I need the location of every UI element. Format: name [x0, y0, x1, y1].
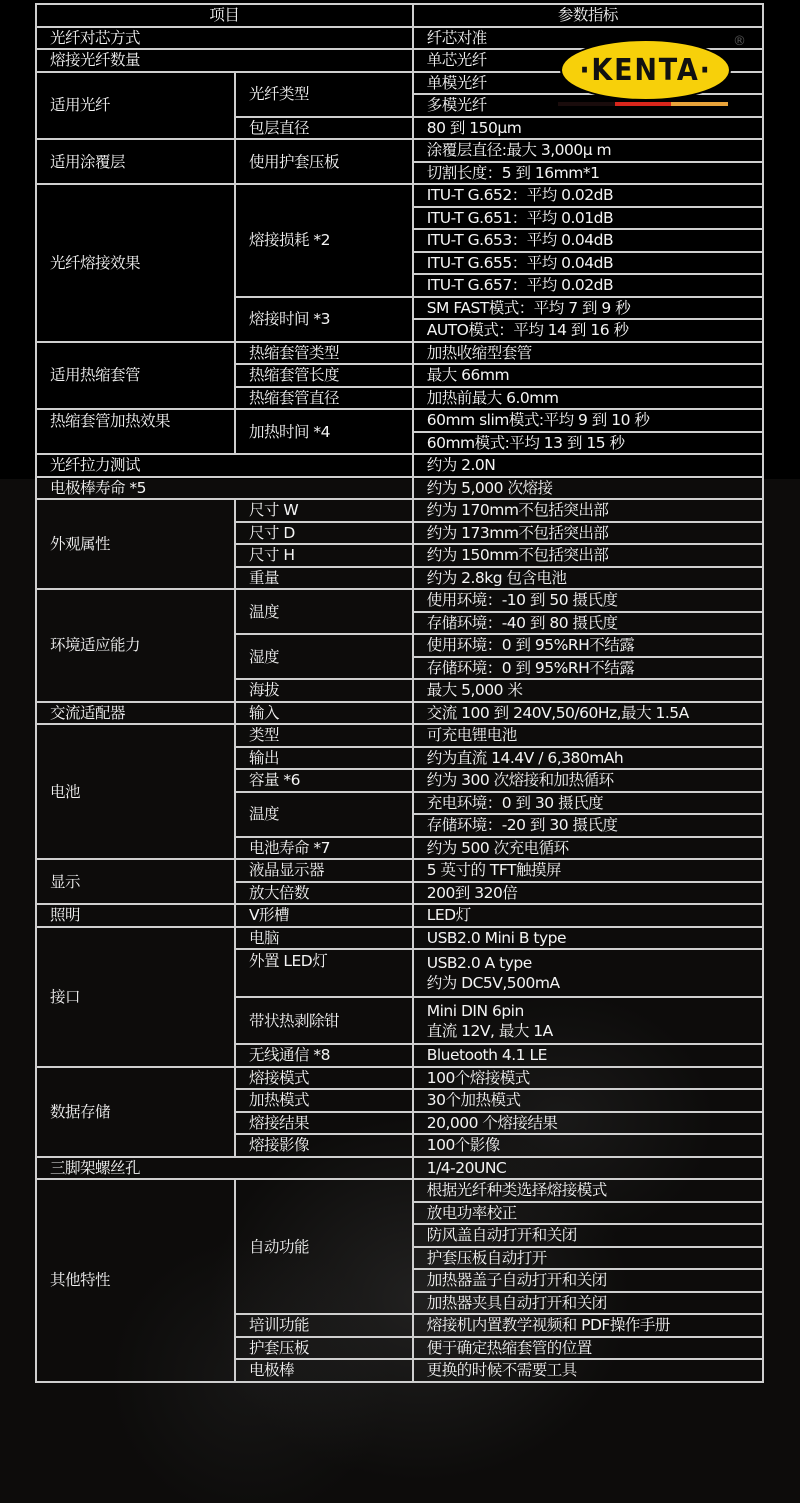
table-row: 其他特性自动功能根据光纤种类选择熔接模式: [36, 1179, 763, 1202]
sub-label: 尺寸 H: [235, 544, 413, 567]
sub-label: 热缩套管类型: [235, 342, 413, 365]
row-label: 电极棒寿命 *5: [36, 477, 413, 500]
logo-color-bars: [558, 102, 728, 106]
row-value: 60mm模式:平均 13 到 15 秒: [413, 432, 763, 455]
group-label: 接口: [36, 927, 235, 1067]
row-value: 1/4-20UNC: [413, 1157, 763, 1180]
table-row: 环境适应能力温度使用环境：-10 到 50 摄氏度: [36, 589, 763, 612]
table-row: 电极棒寿命 *5约为 5,000 次熔接: [36, 477, 763, 500]
group-label: 交流适配器: [36, 702, 235, 725]
sub-label: 放大倍数: [235, 882, 413, 905]
sub-label: 温度: [235, 589, 413, 634]
group-label: 电池: [36, 724, 235, 859]
sub-label: 热缩套管直径: [235, 387, 413, 410]
sub-label: 输入: [235, 702, 413, 725]
row-value: 加热收缩型套管: [413, 342, 763, 365]
row-value: 存储环境：0 到 95%RH不结露: [413, 657, 763, 680]
row-value: ITU-T G.651：平均 0.01dB: [413, 207, 763, 230]
row-value: LED灯: [413, 904, 763, 927]
row-value: Mini DIN 6pin直流 12V, 最大 1A: [413, 997, 763, 1044]
row-value: USB2.0 A type约为 DC5V,500mA: [413, 949, 763, 997]
table-row: 接口电脑USB2.0 Mini B type: [36, 927, 763, 950]
value-line: USB2.0 A type: [427, 953, 762, 973]
sub-label: 海拔: [235, 679, 413, 702]
row-value: 加热器盖子自动打开和关闭: [413, 1269, 763, 1292]
sub-label: 加热时间 *4: [235, 409, 413, 454]
sub-label: 电池寿命 *7: [235, 837, 413, 860]
row-value: 30个加热模式: [413, 1089, 763, 1112]
table-header: 项目 参数指标: [36, 4, 763, 27]
table-row: 交流适配器输入交流 100 到 240V,50/60Hz,最大 1.5A: [36, 702, 763, 725]
sub-label: 包层直径: [235, 117, 413, 140]
row-value: ITU-T G.653：平均 0.04dB: [413, 229, 763, 252]
row-value: 放电功率校正: [413, 1202, 763, 1225]
row-label: 光纤对芯方式: [36, 27, 413, 50]
row-value: 约为 500 次充电循环: [413, 837, 763, 860]
group-label: 外观属性: [36, 499, 235, 589]
sub-label: 使用护套压板: [235, 139, 413, 184]
sub-label: 无线通信 *8: [235, 1044, 413, 1067]
row-value: 约为 5,000 次熔接: [413, 477, 763, 500]
sub-label: 温度: [235, 792, 413, 837]
group-label: 适用热缩套管: [36, 342, 235, 410]
registered-mark: ®: [733, 34, 746, 49]
sub-label: V形槽: [235, 904, 413, 927]
row-value: 可充电锂电池: [413, 724, 763, 747]
row-value: 约为 173mm不包括突出部: [413, 522, 763, 545]
row-value: 60mm slim模式:平均 9 到 10 秒: [413, 409, 763, 432]
row-value: AUTO模式：平均 14 到 16 秒: [413, 319, 763, 342]
value-line: 约为 DC5V,500mA: [427, 973, 762, 993]
row-value: 根据光纤种类选择熔接模式: [413, 1179, 763, 1202]
logo-bar-dark: [558, 102, 615, 106]
value-line: Mini DIN 6pin: [427, 1001, 762, 1021]
sub-label: 加热模式: [235, 1089, 413, 1112]
row-value: ITU-T G.652：平均 0.02dB: [413, 184, 763, 207]
table-row: 光纤拉力测试约为 2.0N: [36, 454, 763, 477]
row-value: 熔接机内置教学视频和 PDF操作手册: [413, 1314, 763, 1337]
group-label: 适用光纤: [36, 72, 235, 140]
row-value: 便于确定热缩套管的位置: [413, 1337, 763, 1360]
table-row: 三脚架螺丝孔1/4-20UNC: [36, 1157, 763, 1180]
sub-label: 重量: [235, 567, 413, 590]
sub-label: 电极棒: [235, 1359, 413, 1382]
row-label: 三脚架螺丝孔: [36, 1157, 413, 1180]
row-value: 约为 2.0N: [413, 454, 763, 477]
sub-label: 类型: [235, 724, 413, 747]
row-value: 80 到 150μm: [413, 117, 763, 140]
sub-label: 光纤类型: [235, 72, 413, 117]
row-value: 涂覆层直径:最大 3,000μ m: [413, 139, 763, 162]
row-value: SM FAST模式：平均 7 到 9 秒: [413, 297, 763, 320]
logo-text: ·KENTA·: [569, 39, 723, 101]
group-label: 显示: [36, 859, 235, 904]
row-value: 200到 320倍: [413, 882, 763, 905]
group-label: 其他特性: [36, 1179, 235, 1382]
row-value: 约为 150mm不包括突出部: [413, 544, 763, 567]
row-value: ITU-T G.657：平均 0.02dB: [413, 274, 763, 297]
row-value: 100个熔接模式: [413, 1067, 763, 1090]
sub-label: 液晶显示器: [235, 859, 413, 882]
group-label: 照明: [36, 904, 235, 927]
row-value: 防风盖自动打开和关闭: [413, 1224, 763, 1247]
table-row: 电池类型可充电锂电池: [36, 724, 763, 747]
sub-label: 熔接模式: [235, 1067, 413, 1090]
spec-table: 项目 参数指标 光纤对芯方式纤芯对准 熔接光纤数量单芯光纤 适用光纤光纤类型单模…: [35, 3, 764, 1383]
sub-label: 自动功能: [235, 1179, 413, 1314]
sub-label: 尺寸 D: [235, 522, 413, 545]
sub-label: 培训功能: [235, 1314, 413, 1337]
row-value: USB2.0 Mini B type: [413, 927, 763, 950]
row-value: 100个影像: [413, 1134, 763, 1157]
row-label: 熔接光纤数量: [36, 49, 413, 72]
sub-label: 容量 *6: [235, 769, 413, 792]
row-value: 存储环境：-40 到 80 摄氏度: [413, 612, 763, 635]
row-value: 约为直流 14.4V / 6,380mAh: [413, 747, 763, 770]
row-value: ITU-T G.655：平均 0.04dB: [413, 252, 763, 275]
row-value: 约为 170mm不包括突出部: [413, 499, 763, 522]
table-row: 光纤熔接效果熔接损耗 *2ITU-T G.652：平均 0.02dB: [36, 184, 763, 207]
kenta-logo: ·KENTA·: [556, 36, 736, 112]
group-label: 适用涂覆层: [36, 139, 235, 184]
table-row: 适用涂覆层使用护套压板涂覆层直径:最大 3,000μ m: [36, 139, 763, 162]
row-label: 光纤拉力测试: [36, 454, 413, 477]
row-value: 最大 66mm: [413, 364, 763, 387]
group-label: 热缩套管加热效果: [36, 409, 235, 454]
row-value: 使用环境：0 到 95%RH不结露: [413, 634, 763, 657]
row-value: 护套压板自动打开: [413, 1247, 763, 1270]
row-value: 存储环境：-20 到 30 摄氏度: [413, 814, 763, 837]
sub-label: 输出: [235, 747, 413, 770]
table-row: 热缩套管加热效果加热时间 *460mm slim模式:平均 9 到 10 秒: [36, 409, 763, 432]
table-row: 照明V形槽LED灯: [36, 904, 763, 927]
row-value: 切割长度：5 到 16mm*1: [413, 162, 763, 185]
row-value: Bluetooth 4.1 LE: [413, 1044, 763, 1067]
table-row: 适用热缩套管热缩套管类型加热收缩型套管: [36, 342, 763, 365]
sub-label: 带状热剥除钳: [235, 997, 413, 1044]
row-value: 5 英寸的 TFT触摸屏: [413, 859, 763, 882]
row-value: 更换的时候不需要工具: [413, 1359, 763, 1382]
sub-label: 尺寸 W: [235, 499, 413, 522]
group-label: 环境适应能力: [36, 589, 235, 702]
sub-label: 熔接时间 *3: [235, 297, 413, 342]
group-label: 数据存储: [36, 1067, 235, 1157]
sub-label: 熔接损耗 *2: [235, 184, 413, 297]
sub-label: 湿度: [235, 634, 413, 679]
row-value: 加热器夹具自动打开和关闭: [413, 1292, 763, 1315]
sub-label: 外置 LED灯: [235, 949, 413, 997]
sub-label: 热缩套管长度: [235, 364, 413, 387]
row-value: 约为 300 次熔接和加热循环: [413, 769, 763, 792]
table-row: 显示液晶显示器5 英寸的 TFT触摸屏: [36, 859, 763, 882]
header-item: 项目: [36, 4, 413, 27]
sub-label: 护套压板: [235, 1337, 413, 1360]
row-value: 加热前最大 6.0mm: [413, 387, 763, 410]
logo-bar-red: [615, 102, 672, 106]
logo-bar-orange: [671, 102, 728, 106]
sub-label: 熔接结果: [235, 1112, 413, 1135]
group-label: 光纤熔接效果: [36, 184, 235, 342]
value-line: 直流 12V, 最大 1A: [427, 1021, 762, 1041]
table-row: 外观属性尺寸 W约为 170mm不包括突出部: [36, 499, 763, 522]
table-row: 数据存储熔接模式100个熔接模式: [36, 1067, 763, 1090]
row-value: 使用环境：-10 到 50 摄氏度: [413, 589, 763, 612]
sub-label: 熔接影像: [235, 1134, 413, 1157]
row-value: 20,000 个熔接结果: [413, 1112, 763, 1135]
row-value: 充电环境：0 到 30 摄氏度: [413, 792, 763, 815]
header-spec: 参数指标: [413, 4, 763, 27]
row-value: 交流 100 到 240V,50/60Hz,最大 1.5A: [413, 702, 763, 725]
row-value: 最大 5,000 米: [413, 679, 763, 702]
sub-label: 电脑: [235, 927, 413, 950]
row-value: 约为 2.8kg 包含电池: [413, 567, 763, 590]
